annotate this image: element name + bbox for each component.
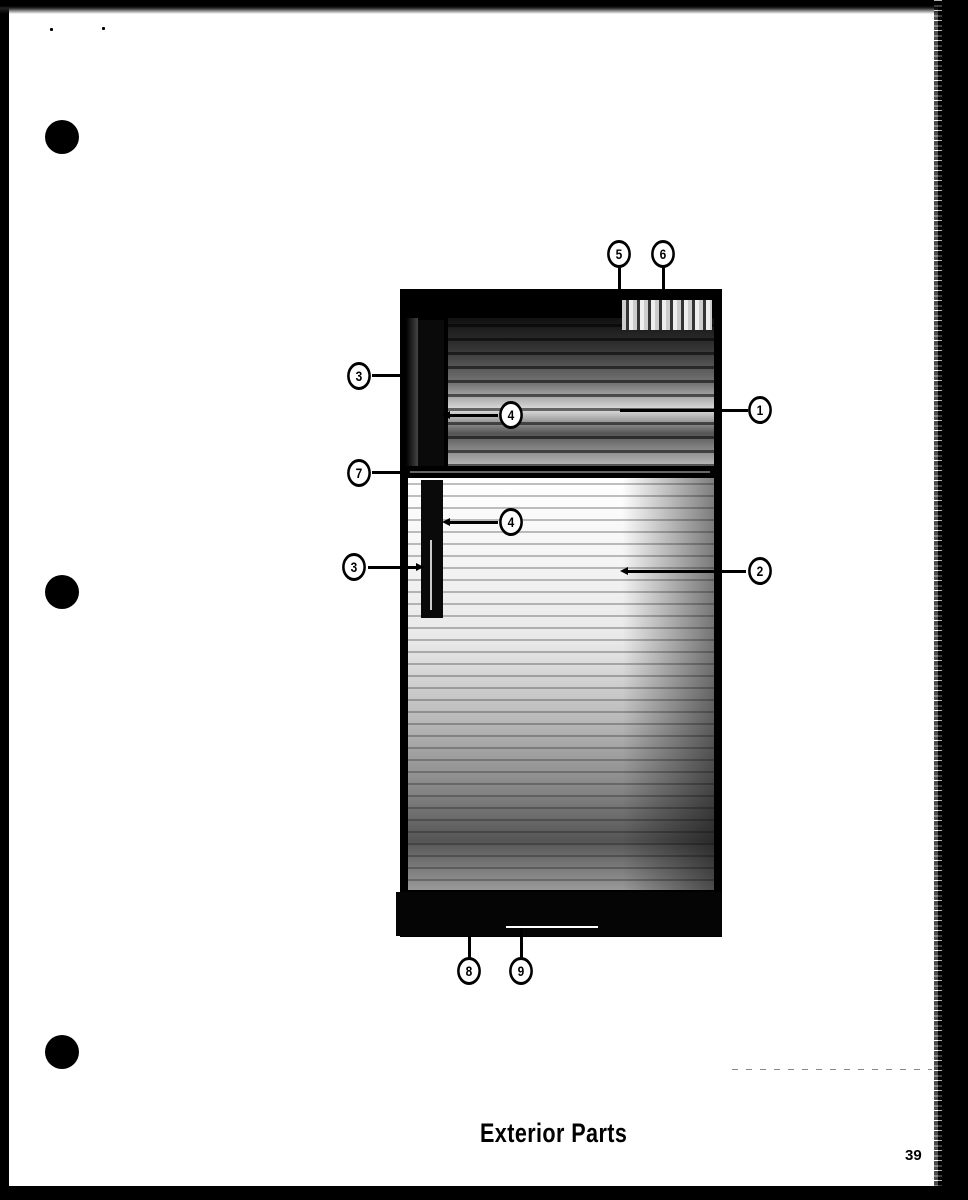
freezer-door-edge bbox=[406, 318, 418, 466]
leader-line-6 bbox=[662, 266, 665, 292]
leader-line-3-upper bbox=[372, 374, 402, 377]
binder-hole-top bbox=[45, 120, 79, 154]
callout-2: 2 bbox=[748, 557, 772, 585]
arrow-4-lower bbox=[442, 518, 450, 526]
scan-edge-top bbox=[0, 0, 968, 14]
callout-4-lower: 4 bbox=[499, 508, 523, 536]
callout-2-label: 2 bbox=[757, 563, 764, 579]
callout-5: 5 bbox=[607, 240, 631, 268]
scan-edge-right-texture bbox=[934, 0, 942, 1200]
faint-scan-line bbox=[732, 1069, 932, 1070]
callout-1-label: 1 bbox=[757, 402, 764, 418]
callout-3-upper-label: 3 bbox=[356, 368, 363, 384]
scan-edge-bottom bbox=[0, 1186, 968, 1200]
callout-6-label: 6 bbox=[660, 246, 667, 262]
callout-8: 8 bbox=[457, 957, 481, 985]
leader-line-1 bbox=[620, 409, 748, 412]
leader-line-8 bbox=[468, 936, 471, 958]
callout-7: 7 bbox=[347, 459, 371, 487]
page-title: Exterior Parts bbox=[480, 1118, 627, 1149]
scan-speck bbox=[50, 28, 53, 31]
leader-line-3-lower bbox=[368, 566, 418, 569]
callout-3-upper: 3 bbox=[347, 362, 371, 390]
fresh-food-door-handle bbox=[421, 480, 443, 618]
leader-line-7 bbox=[372, 471, 406, 474]
freezer-door-handle bbox=[418, 320, 444, 466]
fresh-food-door bbox=[408, 478, 714, 890]
callout-9: 9 bbox=[509, 957, 533, 985]
door-divider-highlight bbox=[410, 471, 710, 473]
top-hinge-area bbox=[622, 300, 712, 330]
callout-4-upper: 4 bbox=[499, 401, 523, 429]
callout-7-label: 7 bbox=[356, 465, 363, 481]
scan-edge-right bbox=[938, 0, 968, 1200]
scan-speck bbox=[102, 27, 105, 30]
base-grille bbox=[396, 892, 722, 936]
callout-1: 1 bbox=[748, 396, 772, 424]
binder-hole-bottom bbox=[45, 1035, 79, 1069]
callout-3-lower: 3 bbox=[342, 553, 366, 581]
callout-3-lower-label: 3 bbox=[351, 559, 358, 575]
leader-line-9 bbox=[520, 928, 523, 958]
binder-hole-middle bbox=[45, 575, 79, 609]
callout-6: 6 bbox=[651, 240, 675, 268]
callout-9-label: 9 bbox=[518, 963, 525, 979]
callout-4-lower-label: 4 bbox=[508, 514, 515, 530]
leader-line-2 bbox=[626, 570, 746, 573]
arrow-4-upper bbox=[442, 411, 450, 419]
leader-line-4-upper bbox=[446, 414, 498, 417]
handle-trim-highlight bbox=[430, 540, 432, 610]
leader-line-5 bbox=[618, 266, 621, 292]
arrow-3-lower bbox=[416, 563, 424, 571]
callout-4-upper-label: 4 bbox=[508, 407, 515, 423]
callout-8-label: 8 bbox=[466, 963, 473, 979]
freezer-door bbox=[448, 318, 714, 466]
callout-5-label: 5 bbox=[616, 246, 623, 262]
leader-line-4-lower bbox=[446, 521, 498, 524]
page-number: 39 bbox=[905, 1147, 922, 1164]
